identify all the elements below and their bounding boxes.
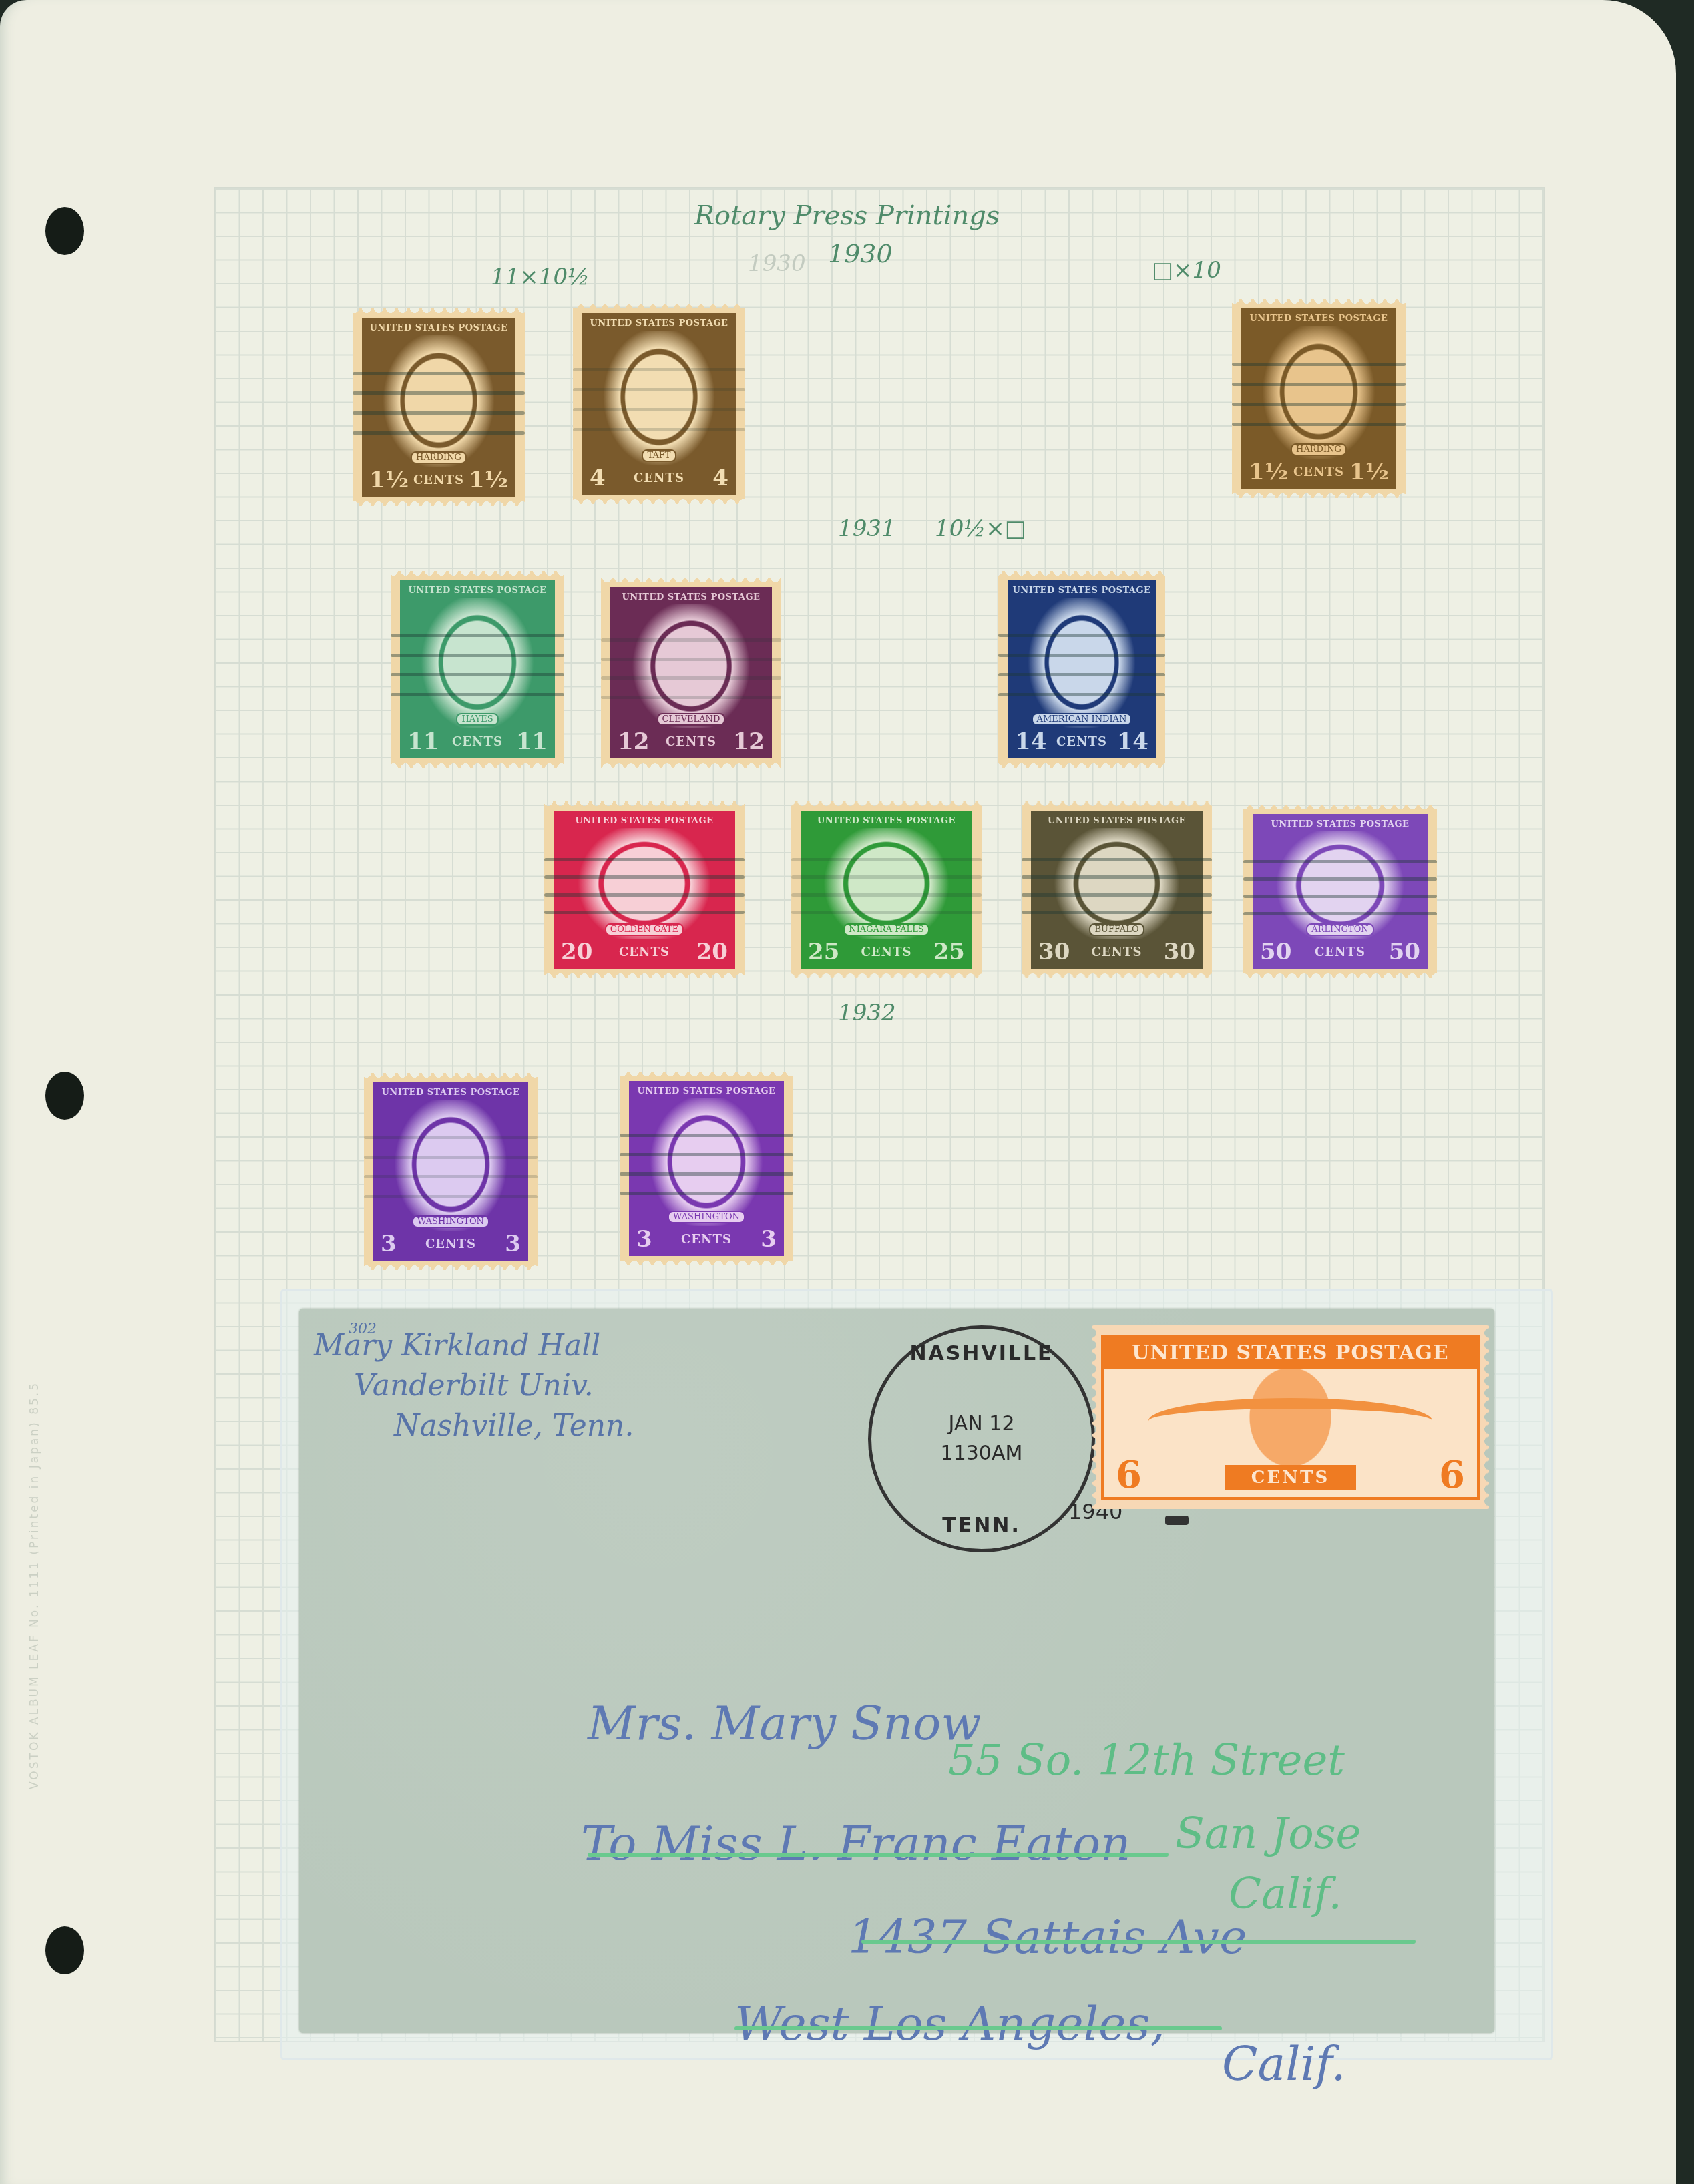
stamp-harding-1-half[interactable]: UNITED STATES POSTAGE HARDING 1½ CENTS 1… <box>1232 299 1406 498</box>
perforation-note-1930-left: 11×10½ <box>491 264 590 290</box>
stamp-arlington-50[interactable]: UNITED STATES POSTAGE ARLINGTON 50 CENTS… <box>1243 805 1437 978</box>
cancellation-mark <box>1022 875 1212 879</box>
stamp-header: UNITED STATES POSTAGE <box>1011 584 1152 598</box>
stamp-header: UNITED STATES POSTAGE <box>1104 1337 1477 1369</box>
cancellation-mark <box>391 693 564 696</box>
stamp-cents-label: CENTS <box>425 1237 476 1251</box>
postmark-time: 1130AM <box>941 1439 1023 1468</box>
stamp-value-panel: 3 CENTS 3 <box>377 1231 525 1257</box>
stamp-denomination: 14 <box>1011 728 1050 755</box>
stamp-frame: UNITED STATES POSTAGE HARDING 1½ CENTS 1… <box>362 318 515 497</box>
strikethrough-line <box>734 2026 1222 2030</box>
cancellation-mark <box>573 368 745 371</box>
year-heading-1932: 1932 <box>838 1000 896 1026</box>
return-address-line: Vanderbilt Univ. <box>354 1369 594 1403</box>
airmail-stamp: UNITED STATES POSTAGE 6 CENTS 6 <box>1092 1325 1489 1509</box>
stamp-denomination: 11 <box>403 728 443 755</box>
cancellation-mark <box>353 372 525 375</box>
stamp-cents-label: CENTS <box>666 735 716 749</box>
cancellation-mark <box>544 858 745 861</box>
stamp-header: UNITED STATES POSTAGE <box>365 321 512 335</box>
stamp-frame: UNITED STATES POSTAGE NIAGARA FALLS 25 C… <box>801 811 972 969</box>
stamp-cents-label: CENTS <box>1315 945 1365 959</box>
stamp-cents-label: CENTS <box>452 735 503 749</box>
stamp-denomination: 30 <box>1034 939 1074 965</box>
cancellation-mark <box>998 634 1165 637</box>
stamp-niagara-falls-25[interactable]: UNITED STATES POSTAGE NIAGARA FALLS 25 C… <box>791 801 982 978</box>
stamp-header: UNITED STATES POSTAGE <box>804 814 969 828</box>
stamp-header: UNITED STATES POSTAGE <box>1034 814 1199 828</box>
stamp-cents-label: CENTS <box>1293 465 1344 479</box>
cancellation-mark <box>601 638 781 642</box>
stamp-value-panel: 30 CENTS 30 <box>1034 939 1199 965</box>
stamp-portrait-label: WASHINGTON <box>412 1215 489 1228</box>
cancellation-mark <box>998 693 1165 696</box>
cancellation-mark <box>791 875 982 879</box>
cancellation-mark <box>601 658 781 661</box>
cancellation-mark <box>353 431 525 435</box>
stamp-denomination: 4 <box>586 465 610 491</box>
stamp-frame: UNITED STATES POSTAGE ARLINGTON 50 CENTS… <box>1253 814 1428 969</box>
cancellation-mark <box>364 1156 538 1159</box>
stamp-cents-label: CENTS <box>634 471 684 485</box>
stamp-denomination: 12 <box>614 728 653 755</box>
cancellation-mark <box>573 408 745 411</box>
stamp-denomination: 1½ <box>465 467 512 493</box>
binder-hole <box>45 207 84 255</box>
perforation-note-1931: 10½×□ <box>935 515 1026 542</box>
stamp-denomination: 11 <box>512 728 552 755</box>
cancellation-mark <box>573 428 745 431</box>
cancellation-mark <box>544 875 745 879</box>
postmark-date: JAN 12 <box>949 1409 1015 1439</box>
cancellation-mark <box>353 411 525 415</box>
stamp-frame: UNITED STATES POSTAGE TAFT 4 CENTS 4 <box>582 313 736 495</box>
binder-hole <box>45 1926 84 1974</box>
stamp-header: UNITED STATES POSTAGE <box>557 814 732 828</box>
stamp-denomination: 1½ <box>1245 459 1292 485</box>
cancellation-mark <box>391 673 564 676</box>
stamp-denomination: 3 <box>377 1231 401 1257</box>
return-address-line: Mary Kirkland Hall <box>314 1329 600 1363</box>
stamp-denomination: 30 <box>1160 939 1199 965</box>
stamp-denomination: 3 <box>632 1226 656 1253</box>
return-address-line: Nashville, Tenn. <box>394 1409 634 1443</box>
stamp-portrait-label: ARLINGTON <box>1306 923 1373 936</box>
stamp-washington-3[interactable]: UNITED STATES POSTAGE WASHINGTON 3 CENTS… <box>620 1072 793 1265</box>
stamp-value-panel: 11 CENTS 11 <box>403 728 552 755</box>
page-title: Rotary Press Printings <box>694 200 1000 231</box>
cancellation-mark <box>791 893 982 897</box>
stamp-cents-label: CENTS <box>681 1233 732 1247</box>
stamp-cleveland-12[interactable]: UNITED STATES POSTAGE CLEVELAND 12 CENTS… <box>601 578 781 768</box>
stamp-denomination: 1½ <box>365 467 413 493</box>
stamp-frame: UNITED STATES POSTAGE WASHINGTON 3 CENTS… <box>373 1082 528 1261</box>
original-address-line: West Los Angeles, <box>734 1996 1165 2051</box>
cancellation-mark <box>1232 403 1406 406</box>
stamp-portrait-label: HAYES <box>456 713 498 726</box>
cancellation-mark <box>353 391 525 395</box>
year-heading-1931: 1931 <box>838 515 896 542</box>
cancellation-mark <box>620 1134 793 1137</box>
stamp-portrait-label: WASHINGTON <box>668 1211 745 1223</box>
killer-bar <box>1165 1516 1189 1525</box>
cancellation-mark <box>391 654 564 657</box>
stamp-denomination: 20 <box>557 939 596 965</box>
cancellation-mark <box>1243 895 1437 898</box>
cancellation-mark <box>544 893 745 897</box>
album-leaf: VOSTOK ALBUM LEAF No. 1111 (Printed in J… <box>0 0 1676 2184</box>
stamp-american-indian-14[interactable]: UNITED STATES POSTAGE AMERICAN INDIAN 14… <box>998 571 1165 768</box>
stamp-value-panel: 1½ CENTS 1½ <box>1245 459 1393 485</box>
binder-hole <box>45 1072 84 1120</box>
cancellation-mark <box>791 858 982 861</box>
cancellation-mark <box>791 911 982 914</box>
stamp-denomination: 14 <box>1113 728 1152 755</box>
stamp-cents-label: CENTS <box>619 945 670 959</box>
stamp-value-panel: 25 CENTS 25 <box>804 939 969 965</box>
cancellation-mark <box>391 634 564 637</box>
stamp-frame: UNITED STATES POSTAGE AMERICAN INDIAN 14… <box>1008 580 1156 758</box>
stamp-denomination: 6 <box>1104 1453 1154 1497</box>
cancellation-mark <box>620 1172 793 1176</box>
stamp-header: UNITED STATES POSTAGE <box>1256 817 1424 831</box>
cancellation-mark <box>1022 893 1212 897</box>
year-heading-1930: 1930 <box>828 239 893 268</box>
stamp-header: UNITED STATES POSTAGE <box>377 1086 525 1100</box>
cancellation-mark <box>364 1136 538 1139</box>
addressee-name: Mrs. Mary Snow <box>588 1696 981 1751</box>
cancellation-mark <box>573 388 745 391</box>
stamp-frame: UNITED STATES POSTAGE HAYES 11 CENTS 11 <box>400 580 555 758</box>
cancellation-mark <box>1232 363 1406 366</box>
stamp-portrait-label: BUFFALO <box>1089 923 1144 936</box>
postmark-state: TENN. <box>942 1514 1021 1537</box>
faint-pencil-note: 1930 <box>748 250 806 277</box>
cancellation-mark <box>1022 911 1212 914</box>
cancellation-mark <box>364 1195 538 1198</box>
stamp-cents-label: CENTS <box>1225 1465 1356 1490</box>
stamp-portrait-label: CLEVELAND <box>657 713 726 726</box>
stamp-denomination: 3 <box>757 1226 781 1253</box>
stamp-denomination: 25 <box>929 939 969 965</box>
stamp-portrait-label: TAFT <box>642 449 676 462</box>
cancellation-mark <box>1232 423 1406 426</box>
stamp-harding-1-half[interactable]: UNITED STATES POSTAGE HARDING 1½ CENTS 1… <box>353 308 525 506</box>
cancellation-mark <box>601 676 781 680</box>
stamp-frame: UNITED STATES POSTAGE GOLDEN GATE 20 CEN… <box>554 811 735 969</box>
stamp-header: UNITED STATES POSTAGE <box>586 316 732 331</box>
stamp-hayes-11[interactable]: UNITED STATES POSTAGE HAYES 11 CENTS 11 <box>391 571 564 768</box>
stamp-portrait-label: NIAGARA FALLS <box>843 923 929 936</box>
winged-globe-icon <box>1148 1398 1432 1444</box>
cancellation-mark <box>1022 858 1212 861</box>
stamp-buffalo-30[interactable]: UNITED STATES POSTAGE BUFFALO 30 CENTS 3… <box>1022 801 1212 978</box>
stamp-portrait-label: HARDING <box>411 451 467 464</box>
leaf-imprint: VOSTOK ALBUM LEAF No. 1111 (Printed in J… <box>28 1381 41 1789</box>
stamp-cents-label: CENTS <box>1092 945 1142 959</box>
cancellation-mark <box>1243 860 1437 863</box>
stamp-value-panel: 20 CENTS 20 <box>557 939 732 965</box>
postmark: NASHVILLE JAN 12 1130AM TENN. <box>868 1325 1095 1552</box>
stamp-frame: UNITED STATES POSTAGE CLEVELAND 12 CENTS… <box>610 587 772 758</box>
cancellation-mark <box>998 654 1165 657</box>
stamp-frame: UNITED STATES POSTAGE BUFFALO 30 CENTS 3… <box>1031 811 1203 969</box>
stamp-frame: UNITED STATES POSTAGE WASHINGTON 3 CENTS… <box>629 1081 784 1256</box>
stamp-denomination: 50 <box>1385 939 1424 965</box>
postmark-city: NASHVILLE <box>909 1342 1053 1365</box>
stamp-denomination: 4 <box>708 465 732 491</box>
stamp-portrait-label: HARDING <box>1291 443 1347 456</box>
cancellation-mark <box>1243 912 1437 915</box>
stamp-golden-gate-20[interactable]: UNITED STATES POSTAGE GOLDEN GATE 20 CEN… <box>544 801 745 978</box>
cancellation-mark <box>620 1192 793 1195</box>
stamp-portrait-label: GOLDEN GATE <box>605 923 684 936</box>
stamp-header: UNITED STATES POSTAGE <box>1245 312 1393 326</box>
perforation-note-1930-right: □×10 <box>1152 257 1221 284</box>
stamp-denomination: 25 <box>804 939 843 965</box>
stamp-cents-label: CENTS <box>413 473 464 487</box>
original-address-line: 1437 Sattais Ave <box>848 1910 1247 1964</box>
stamp-value-panel: 50 CENTS 50 <box>1256 939 1424 965</box>
stamp-taft-4[interactable]: UNITED STATES POSTAGE TAFT 4 CENTS 4 <box>573 304 745 504</box>
cancellation-mark <box>364 1175 538 1178</box>
stamp-denomination: 1½ <box>1345 459 1393 485</box>
stamp-frame: UNITED STATES POSTAGE HARDING 1½ CENTS 1… <box>1241 308 1396 489</box>
cancellation-mark <box>620 1153 793 1156</box>
forwarding-address-line: 55 So. 12th Street <box>948 1736 1345 1785</box>
cancellation-mark <box>998 673 1165 676</box>
cancellation-mark <box>1243 877 1437 881</box>
stamp-denomination: 20 <box>692 939 732 965</box>
cancellation-mark <box>601 696 781 699</box>
strikethrough-line <box>861 1940 1416 1944</box>
stamp-washington-3[interactable]: UNITED STATES POSTAGE WASHINGTON 3 CENTS… <box>364 1073 538 1270</box>
stamp-cents-label: CENTS <box>1056 735 1107 749</box>
stamp-denomination: 50 <box>1256 939 1295 965</box>
stamp-value-panel: 12 CENTS 12 <box>614 728 769 755</box>
forwarding-address-line: San Jose <box>1175 1809 1361 1859</box>
stamp-value-panel: 14 CENTS 14 <box>1011 728 1152 755</box>
cancellation-mark <box>1232 383 1406 386</box>
stamp-portrait-label: AMERICAN INDIAN <box>1032 713 1132 726</box>
stamp-header: UNITED STATES POSTAGE <box>614 590 769 604</box>
stamp-value-panel: 4 CENTS 4 <box>586 465 732 491</box>
stamp-value-panel: 3 CENTS 3 <box>632 1226 781 1253</box>
stamp-cents-label: CENTS <box>861 945 912 959</box>
stamp-denomination: 6 <box>1427 1453 1477 1497</box>
cancellation-mark <box>544 911 745 914</box>
original-address-line: To Miss L. Franc Eaton <box>581 1816 1130 1871</box>
stamp-denomination: 3 <box>501 1231 525 1257</box>
original-address-line: Calif. <box>1222 2036 1346 2091</box>
stamp-header: UNITED STATES POSTAGE <box>403 584 552 598</box>
stamp-denomination: 12 <box>729 728 769 755</box>
strikethrough-line <box>588 1853 1169 1857</box>
stamp-value-panel: 1½ CENTS 1½ <box>365 467 512 493</box>
stamp-header: UNITED STATES POSTAGE <box>632 1084 781 1098</box>
